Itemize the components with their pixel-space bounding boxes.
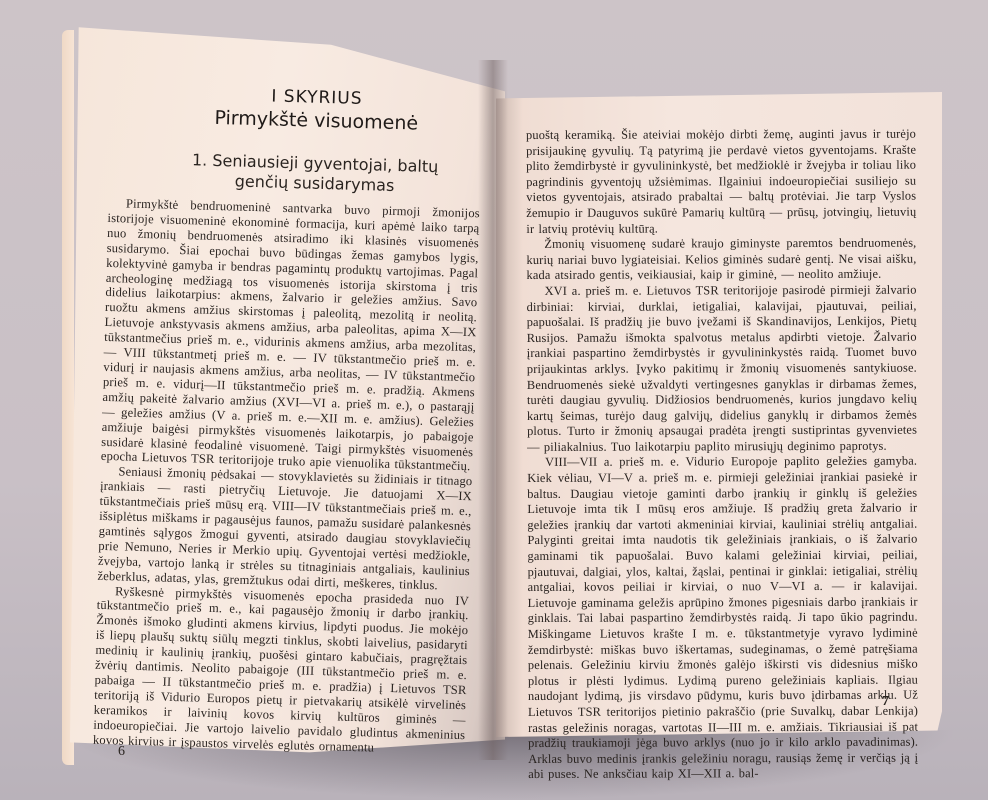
paragraph: Seniausi žmonių pėdsakai — stovyklavietė…: [97, 464, 472, 594]
page-number-right: 7: [882, 694, 889, 710]
section-title: 1. Seniausieji gyventojai, baltų genčių …: [148, 149, 481, 198]
paragraph: Žmonių visuomenę sudarė kraujo giminyste…: [526, 236, 916, 284]
paragraph: XVI a. prieš m. e. Lietuvos TSR teritori…: [527, 283, 918, 456]
paragraph: Pirmykštė bendruomeninė santvarka buvo p…: [101, 196, 480, 475]
paragraph: puoštą keramiką. Šie ateiviai mokėjo dir…: [526, 127, 916, 238]
page-number-left: 6: [118, 744, 125, 760]
right-page-content: puoštą keramiką. Šie ateiviai mokėjo dir…: [526, 127, 918, 783]
left-page-content: I SKYRIUS Pirmykštė visuomenė 1. Seniaus…: [93, 58, 484, 758]
book-spine: [478, 60, 508, 760]
paragraph: VIII—VII a. prieš m. e. Vidurio Europoje…: [527, 454, 918, 783]
paragraph: Ryškesnė pirmykštės visuomenės epocha pr…: [93, 583, 469, 757]
